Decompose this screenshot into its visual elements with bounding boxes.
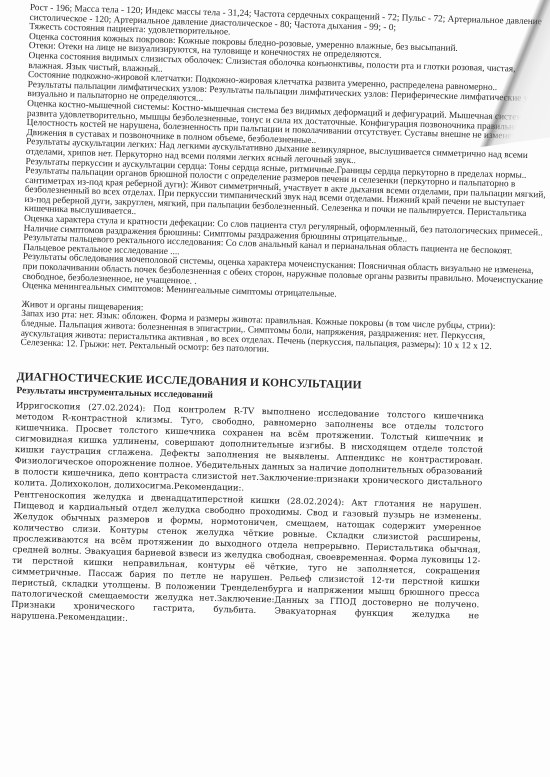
study-text: Акт глотания не нарушен. Пищевод и карди… [11,497,482,623]
physical-exam-section: Рост - 196; Масса тела - 120; Индекс мас… [20,4,550,364]
scanned-document-page: Рост - 196; Масса тела - 120; Индекс мас… [0,0,550,777]
study-text: Под контролем R-TV выполнено исследовани… [14,403,484,492]
study-irrigoscopy: Ирригоскопия (27.02.2024): Под контролем… [14,400,484,499]
diagnostics-section: ДИАГНОСТИЧЕСКИЕ ИССЛЕДОВАНИЯ И КОНСУЛЬТА… [11,365,497,634]
study-stomach-xray: Рентгеноскопия желудка и двенадцатиперст… [11,489,482,632]
